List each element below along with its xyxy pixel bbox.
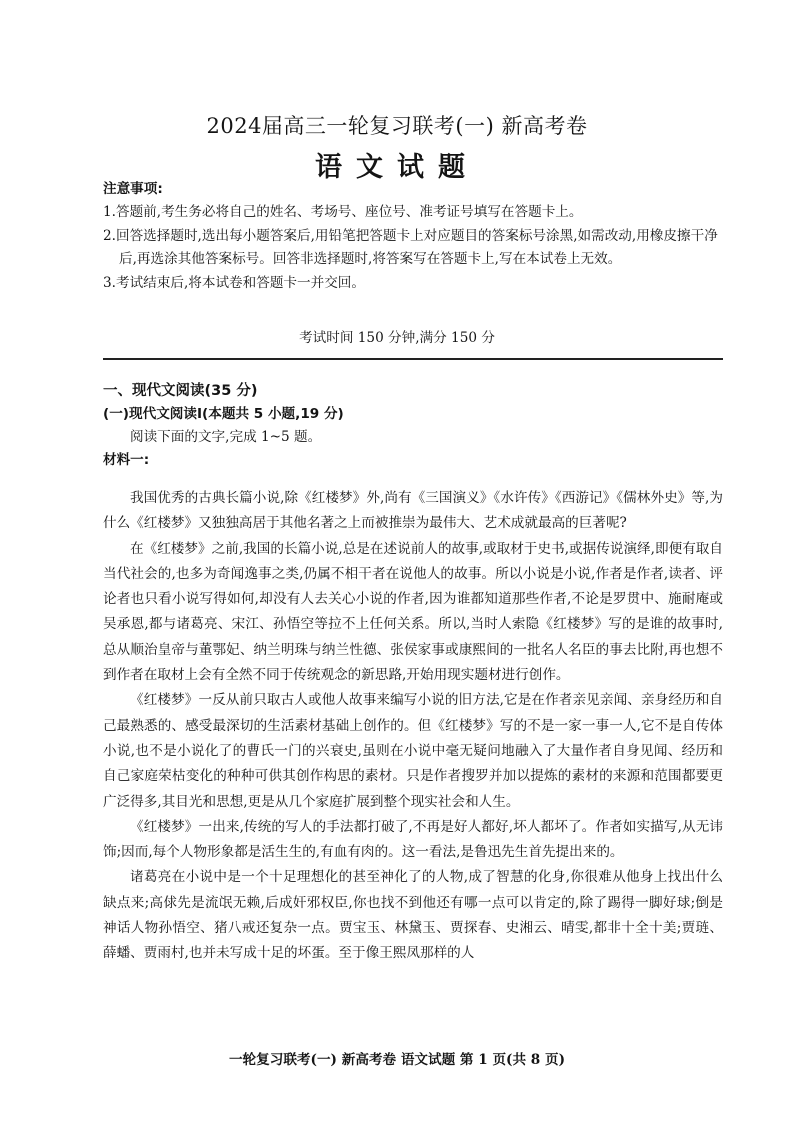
- paragraph-4: 《红楼梦》一出来,传统的写人的手法都打破了,不再是好人都好,坏人都坏了。作者如实…: [103, 815, 723, 866]
- notice-item-3: 3.考试结束后,将本试卷和答题卡一并交回。: [103, 272, 725, 295]
- page-footer: 一轮复习联考(一) 新高考卷 语文试题 第 1 页(共 8 页): [0, 1048, 794, 1068]
- exam-title: 2024届高三一轮复习联考(一) 新高考卷: [0, 110, 794, 140]
- notice-item-1: 1.答题前,考生务必将自己的姓名、考场号、座位号、准考证号填写在答题卡上。: [103, 201, 725, 224]
- notice-block: 注意事项: 1.答题前,考生务必将自己的姓名、考场号、座位号、准考证号填写在答题…: [103, 178, 725, 295]
- paragraph-1: 我国优秀的古典长篇小说,除《红楼梦》外,尚有《三国演义》《水许传》《西游记》《儒…: [103, 486, 723, 537]
- divider-line: [103, 358, 723, 360]
- passage: 我国优秀的古典长篇小说,除《红楼梦》外,尚有《三国演义》《水许传》《西游记》《儒…: [103, 486, 723, 967]
- paragraph-3: 《红楼梦》一反从前只取古人或他人故事来编写小说的旧方法,它是在作者亲见亲闻、亲身…: [103, 688, 723, 814]
- subsection-title: (一)现代文阅读Ⅰ(本题共 5 小题,19 分): [103, 403, 725, 426]
- paragraph-2: 在《红楼梦》之前,我国的长篇小说,总是在述说前人的故事,或取材于史书,或据传说演…: [103, 537, 723, 689]
- section-block: 一、现代文阅读(35 分) (一)现代文阅读Ⅰ(本题共 5 小题,19 分) 阅…: [103, 380, 725, 472]
- material-label: 材料一:: [103, 449, 725, 472]
- instruction: 阅读下面的文字,完成 1~5 题。: [103, 426, 725, 449]
- paragraph-5: 诸葛亮在小说中是一个十足理想化的甚至神化了的人物,成了智慧的化身,你很难从他身上…: [103, 865, 723, 966]
- notice-item-2: 2.回答选择题时,选出每小题答案后,用铅笔把答题卡上对应题目的答案标号涂黑,如需…: [103, 225, 725, 272]
- section-title: 一、现代文阅读(35 分): [103, 380, 725, 403]
- notice-heading: 注意事项:: [103, 178, 725, 201]
- exam-time: 考试时间 150 分钟,满分 150 分: [0, 326, 794, 346]
